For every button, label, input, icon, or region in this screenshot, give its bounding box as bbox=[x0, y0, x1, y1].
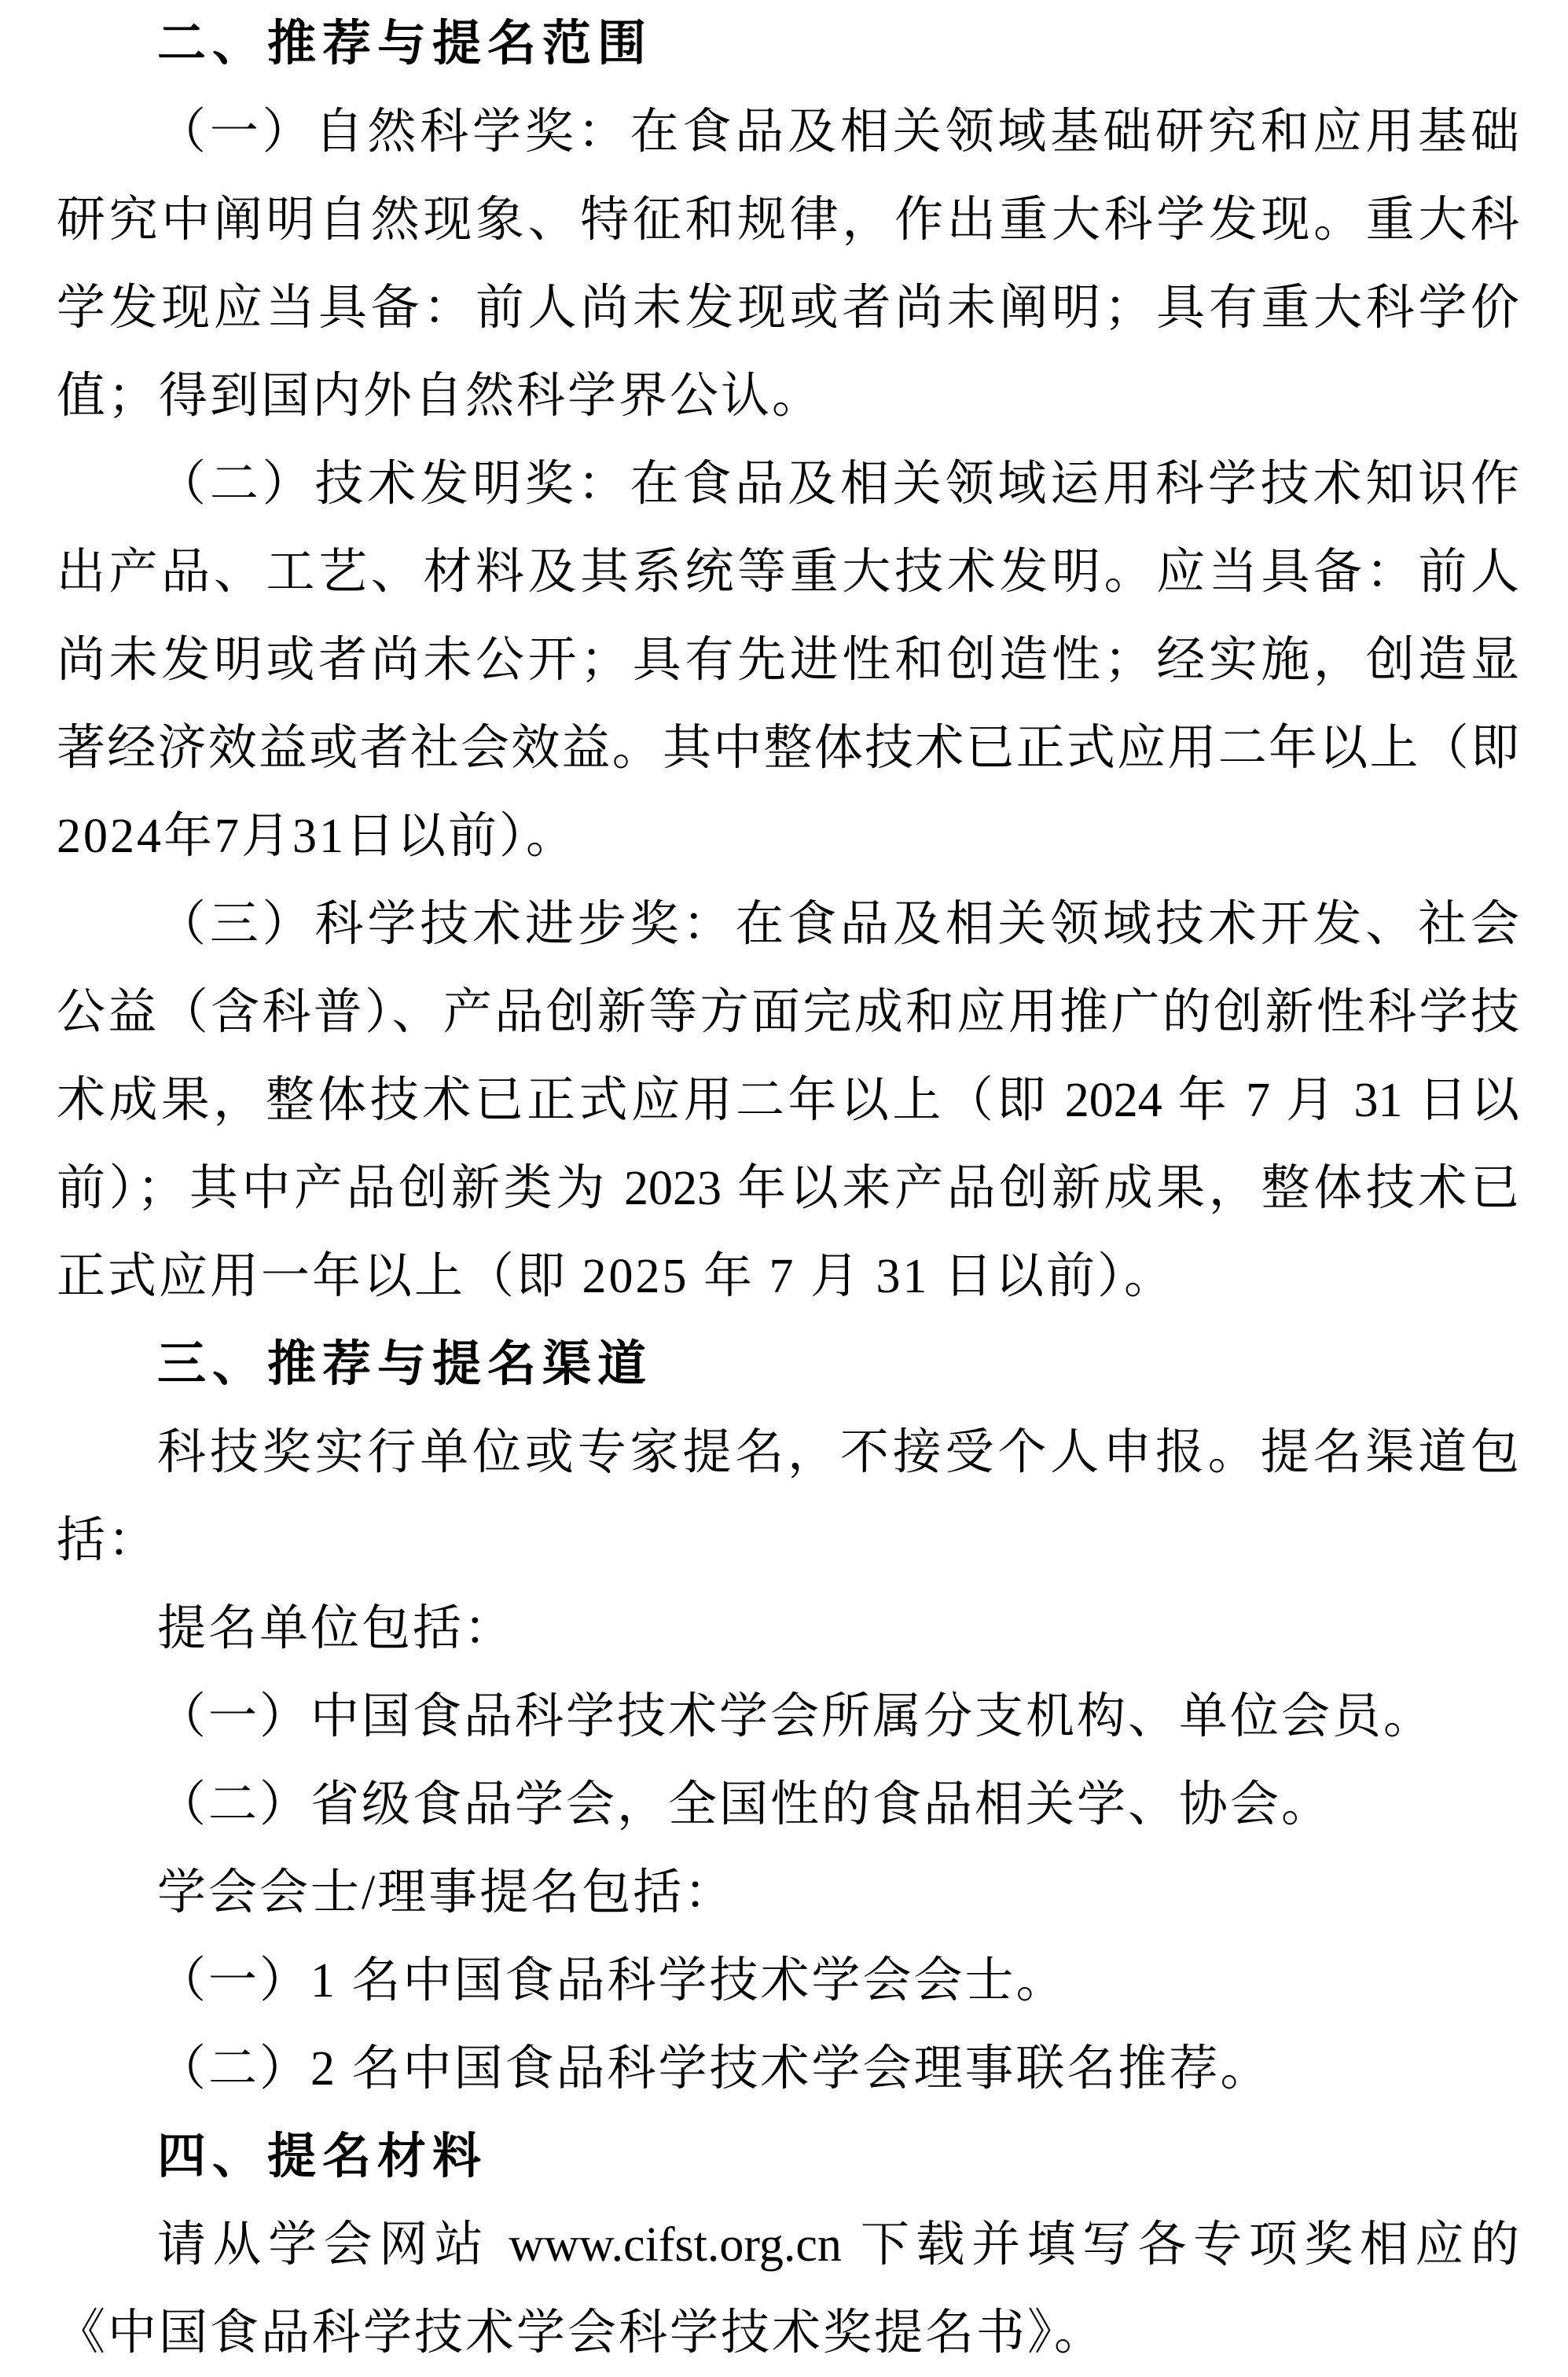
text-line: 公益（含科普）、产品创新等方面完成和应用推广的创新性科学技 bbox=[57, 968, 1519, 1056]
text-line: （二）2 名中国食品科学技术学会理事联名推荐。 bbox=[57, 2025, 1519, 2113]
text-line: 《中国食品科学技术学会科学技术奖提名书》。 bbox=[57, 2289, 1519, 2377]
text-line: 括： bbox=[57, 1497, 1519, 1585]
text-line: （三）科学技术进步奖：在食品及相关领域技术开发、社会 bbox=[57, 880, 1519, 968]
document-page: 二、推荐与提名范围（一）自然科学奖：在食品及相关领域基础研究和应用基础研究中阐明… bbox=[0, 0, 1568, 2377]
text-line: 尚未发明或者尚未公开；具有先进性和创造性；经实施，创造显 bbox=[57, 616, 1519, 704]
text-line: 学会会士/理事提名包括： bbox=[57, 1849, 1519, 1937]
text-line: （一）自然科学奖：在食品及相关领域基础研究和应用基础 bbox=[57, 88, 1519, 176]
section-heading: 二、推荐与提名范围 bbox=[57, 0, 1519, 88]
text-line: 出产品、工艺、材料及其系统等重大技术发明。应当具备：前人 bbox=[57, 528, 1519, 616]
text-line: （二）省级食品学会，全国性的食品相关学、协会。 bbox=[57, 1761, 1519, 1849]
text-line: 2024年7月31日以前）。 bbox=[57, 792, 1519, 880]
text-line: （一）1 名中国食品科学技术学会会士。 bbox=[57, 1937, 1519, 2025]
text-line: 术成果，整体技术已正式应用二年以上（即 2024 年 7 月 31 日以 bbox=[57, 1056, 1519, 1144]
text-line: 请从学会网站 www.cifst.org.cn 下载并填写各专项奖相应的 bbox=[57, 2201, 1519, 2289]
text-line: 值；得到国内外自然科学界公认。 bbox=[57, 352, 1519, 440]
text-line: 学发现应当具备：前人尚未发现或者尚未阐明；具有重大科学价 bbox=[57, 264, 1519, 352]
text-line: 前）；其中产品创新类为 2023 年以来产品创新成果，整体技术已 bbox=[57, 1144, 1519, 1233]
document-text-block: 二、推荐与提名范围（一）自然科学奖：在食品及相关领域基础研究和应用基础研究中阐明… bbox=[57, 0, 1519, 2377]
section-heading: 四、提名材料 bbox=[57, 2113, 1519, 2201]
text-line: 提名单位包括： bbox=[57, 1585, 1519, 1673]
text-line: 科技奖实行单位或专家提名，不接受个人申报。提名渠道包 bbox=[57, 1409, 1519, 1497]
text-line: 著经济效益或者社会效益。其中整体技术已正式应用二年以上（即 bbox=[57, 704, 1519, 792]
section-heading: 三、推荐与提名渠道 bbox=[57, 1321, 1519, 1409]
text-line: 研究中阐明自然现象、特征和规律，作出重大科学发现。重大科 bbox=[57, 176, 1519, 264]
text-line: （一）中国食品科学技术学会所属分支机构、单位会员。 bbox=[57, 1673, 1519, 1761]
text-line: （二）技术发明奖：在食品及相关领域运用科学技术知识作 bbox=[57, 440, 1519, 528]
text-line: 正式应用一年以上（即 2025 年 7 月 31 日以前）。 bbox=[57, 1233, 1519, 1321]
